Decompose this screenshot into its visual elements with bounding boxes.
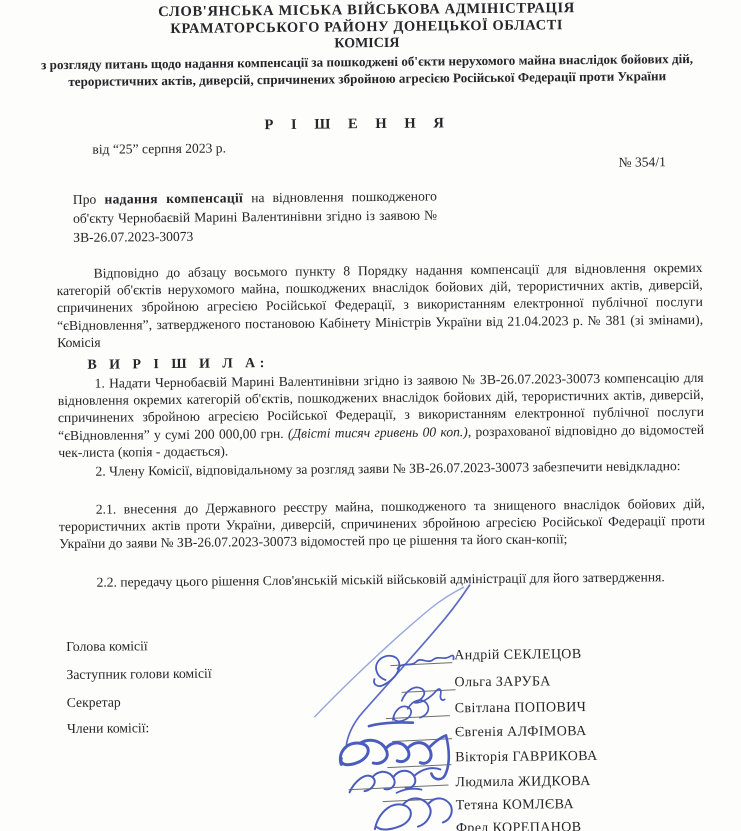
signature-line [349,784,449,790]
signatory-name: Фред КОРЕПАНОВ [456,820,582,831]
signature-line [387,764,451,768]
signature-role-deputy: Заступник голови комісії [66,666,211,683]
item-2-paragraph: 2. Члену Комісії, відповідальному за роз… [58,457,704,480]
signature-line [383,798,441,802]
subject-block: Про надання компенсації на відновлення п… [73,186,438,246]
signature-role-head: Голова комісії [66,638,148,655]
decision-date: від “25” серпня 2023 р. [92,140,226,157]
signatory-name: Вікторія ГАВРИКОВА [455,749,598,766]
signature-line [386,715,450,719]
item-2-2-paragraph: 2.2. передачу цього рішення Слов'янській… [59,568,705,591]
item-1-paragraph: 1. Надати Чернобаєвій Марині Валентинівн… [58,369,705,461]
signature-role-secretary: Секретар [67,695,121,712]
resolved-heading: В И Р І Ш И Л А: [87,356,268,374]
signature-line [390,662,452,666]
scanned-decision-document: СЛОВ'ЯНСЬКА МІСЬКА ВІЙСЬКОВА АДМІНІСТРАЦ… [0,0,741,831]
signatory-name: Тетяна КОМЛЄВА [456,797,574,814]
item-1-amount-words: (Двісті тисяч гривень 00 коп.) [288,424,468,441]
decision-number: № 354/1 [618,154,665,170]
item-2-1-paragraph: 2.1. внесення до Державного реєстру майн… [59,495,705,553]
signature-role-members: Члени комісії: [67,720,150,737]
document-header: СЛОВ'ЯНСЬКА МІСЬКА ВІЙСЬКОВА АДМІНІСТРАЦ… [0,0,737,56]
subject-bold: надання компенсації [104,190,243,206]
signatory-name: Євгенія АЛФІМОВА [455,724,587,741]
signatory-name: Світлана ПОПОВИЧ [455,700,587,717]
signatory-name: Андрій СЕКЛЕЦОВ [454,647,581,664]
document-title: Р І Ш Е Н Н Я [0,113,718,137]
commission-subtitle: з розгляду питань щодо надання компенсац… [26,50,707,91]
preamble-paragraph: Відповідно до абзацу восьмого пункту 8 П… [56,259,703,351]
document-content: СЛОВ'ЯНСЬКА МІСЬКА ВІЙСЬКОВА АДМІНІСТРАЦ… [0,0,741,831]
signature-line [392,738,452,742]
signature-line [402,689,456,693]
signatory-name: Ольга ЗАРУБА [454,674,550,691]
signatory-name: Людмила ЖИДКОВА [455,774,590,791]
subject-prefix: Про [73,192,105,207]
